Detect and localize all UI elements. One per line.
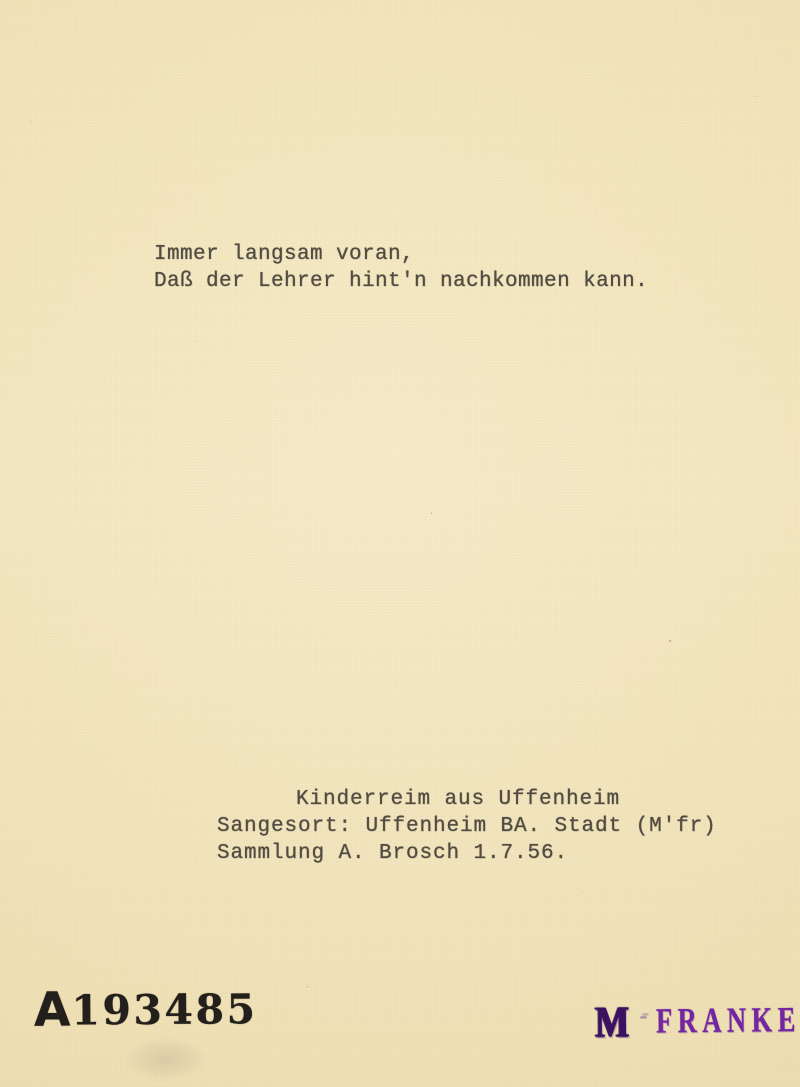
provenance-collection-line: Sammlung A. Brosch 1.7.56. bbox=[217, 840, 717, 867]
paper-speck bbox=[30, 121, 31, 122]
region-stamp-initial: M bbox=[595, 1000, 630, 1044]
paper-speck bbox=[196, 341, 197, 342]
provenance-block: Kinderreim aus Uffenheim Sangesort: Uffe… bbox=[217, 786, 717, 867]
verse-block: Immer langsam voran, Daß der Lehrer hint… bbox=[154, 241, 648, 295]
region-stamp: M - FRANKEN bbox=[595, 998, 800, 1045]
verse-line-1: Immer langsam voran, bbox=[154, 241, 648, 268]
region-stamp-separator: - bbox=[639, 1004, 647, 1028]
archive-number-digits: 193485 bbox=[71, 989, 257, 1031]
provenance-place-line: Sangesort: Uffenheim BA. Stadt (M'fr) bbox=[217, 813, 717, 840]
paper-speck bbox=[583, 892, 584, 893]
paper-texture bbox=[0, 0, 800, 1087]
region-stamp-label: FRANKEN bbox=[655, 1003, 800, 1040]
provenance-title-line: Kinderreim aus Uffenheim bbox=[217, 786, 717, 813]
scanned-card-page: Immer langsam voran, Daß der Lehrer hint… bbox=[0, 0, 800, 1087]
paper-speck bbox=[669, 640, 671, 642]
ink-bleed-smudge bbox=[126, 1038, 206, 1080]
paper-speck bbox=[757, 96, 758, 97]
archive-number-stamp: A193485 bbox=[34, 985, 258, 1034]
verse-line-2: Daß der Lehrer hint'n nachkommen kann. bbox=[154, 268, 648, 295]
archive-number-prefix: A bbox=[34, 987, 72, 1034]
paper-speck bbox=[306, 986, 308, 987]
paper-speck bbox=[431, 512, 432, 514]
